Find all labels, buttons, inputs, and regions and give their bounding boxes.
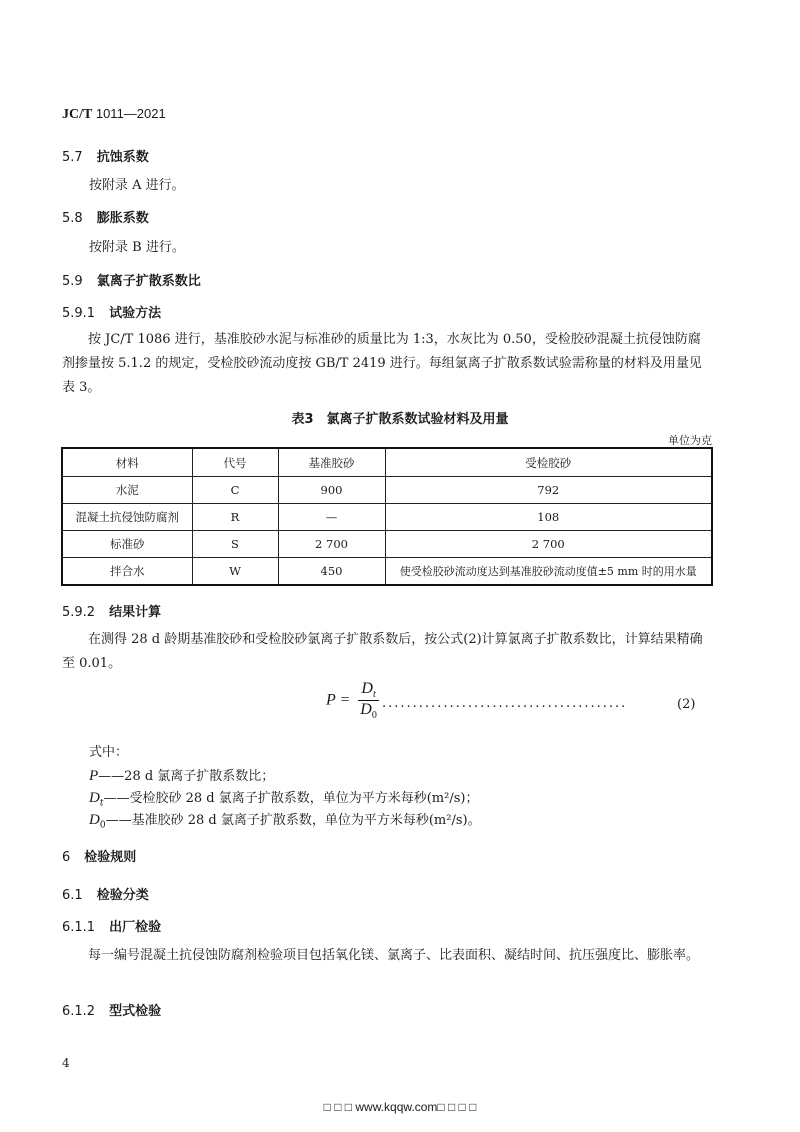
table-header-row: 材料 代号 基准胶砂 受检胶砂 (62, 448, 712, 477)
heading-5-8: 5.8膨胀系数 (62, 207, 149, 226)
table-row: 标准砂 S 2 700 2 700 (62, 531, 712, 558)
header-test-mortar: 受检胶砂 (385, 448, 712, 477)
paragraph-5-7: 按附录 A 进行。 (89, 174, 185, 197)
paragraph-5-9-1: 按 JC/T 1086 进行，基准胶砂水泥与标准砂的质量比为 1:3，水灰比为 … (62, 328, 712, 400)
header-reference-mortar: 基准胶砂 (278, 448, 385, 477)
fraction: Dt D0 (358, 680, 379, 721)
paragraph-5-9-2: 在测得 28 d 龄期基准胶砂和受检胶砂氯离子扩散系数后，按公式(2)计算氯离子… (62, 628, 712, 676)
standard-number: 1011—2021 (96, 106, 166, 121)
heading-6-1-1: 6.1.1出厂检验 (62, 916, 161, 935)
heading-6-1-2: 6.1.2型式检验 (62, 1000, 161, 1019)
where-label: 式中： (89, 741, 128, 760)
heading-5-9: 5.9氯离子扩散系数比 (62, 270, 201, 289)
table-row: 拌合水 W 450 使受检胶砂流动度达到基准胶砂流动度值±5 mm 时的用水量 (62, 558, 712, 586)
formula-2: P = Dt D0 (326, 680, 379, 721)
heading-5-9-2: 5.9.2结果计算 (62, 601, 161, 620)
heading-5-9-1: 5.9.1试验方法 (62, 302, 161, 321)
page-number: 4 (62, 1056, 70, 1070)
header-material: 材料 (62, 448, 192, 477)
heading-6: 6检验规则 (62, 846, 136, 865)
table-row: 水泥 C 900 792 (62, 477, 712, 504)
paragraph-6-1-1: 每一编号混凝土抗侵蚀防腐剂检验项目包括氧化镁、氯离子、比表面积、凝结时间、抗压强… (62, 944, 712, 968)
table-caption: 表3 氯离子扩散系数试验材料及用量 (0, 408, 800, 427)
materials-table: 材料 代号 基准胶砂 受检胶砂 水泥 C 900 792 混凝土抗侵蚀防腐剂 R… (61, 447, 713, 586)
where-item-p: P——28 d 氯离子扩散系数比； (89, 765, 274, 785)
formula-number: (2) (677, 697, 695, 712)
table-unit: 单位为克 (668, 432, 712, 448)
formula-leader: ........................................ (382, 696, 627, 711)
heading-5-7: 5.7抗蚀系数 (62, 146, 149, 165)
table-row: 混凝土抗侵蚀防腐剂 R — 108 (62, 504, 712, 531)
where-item-dt: Dt——受检胶砂 28 d 氯离子扩散系数，单位为平方米每秒(m²/s)； (89, 787, 478, 809)
standard-prefix: JC/T (62, 107, 92, 122)
header-code: 代号 (192, 448, 278, 477)
standard-code: JC/T 1011—2021 (62, 106, 166, 123)
watermark-footer: □ □ □ www.kqqw.com□ □ □ □ (0, 1100, 800, 1114)
paragraph-5-8: 按附录 B 进行。 (89, 236, 185, 259)
where-item-d0: D0——基准胶砂 28 d 氯离子扩散系数，单位为平方米每秒(m²/s)。 (89, 809, 481, 831)
heading-6-1: 6.1检验分类 (62, 884, 149, 903)
